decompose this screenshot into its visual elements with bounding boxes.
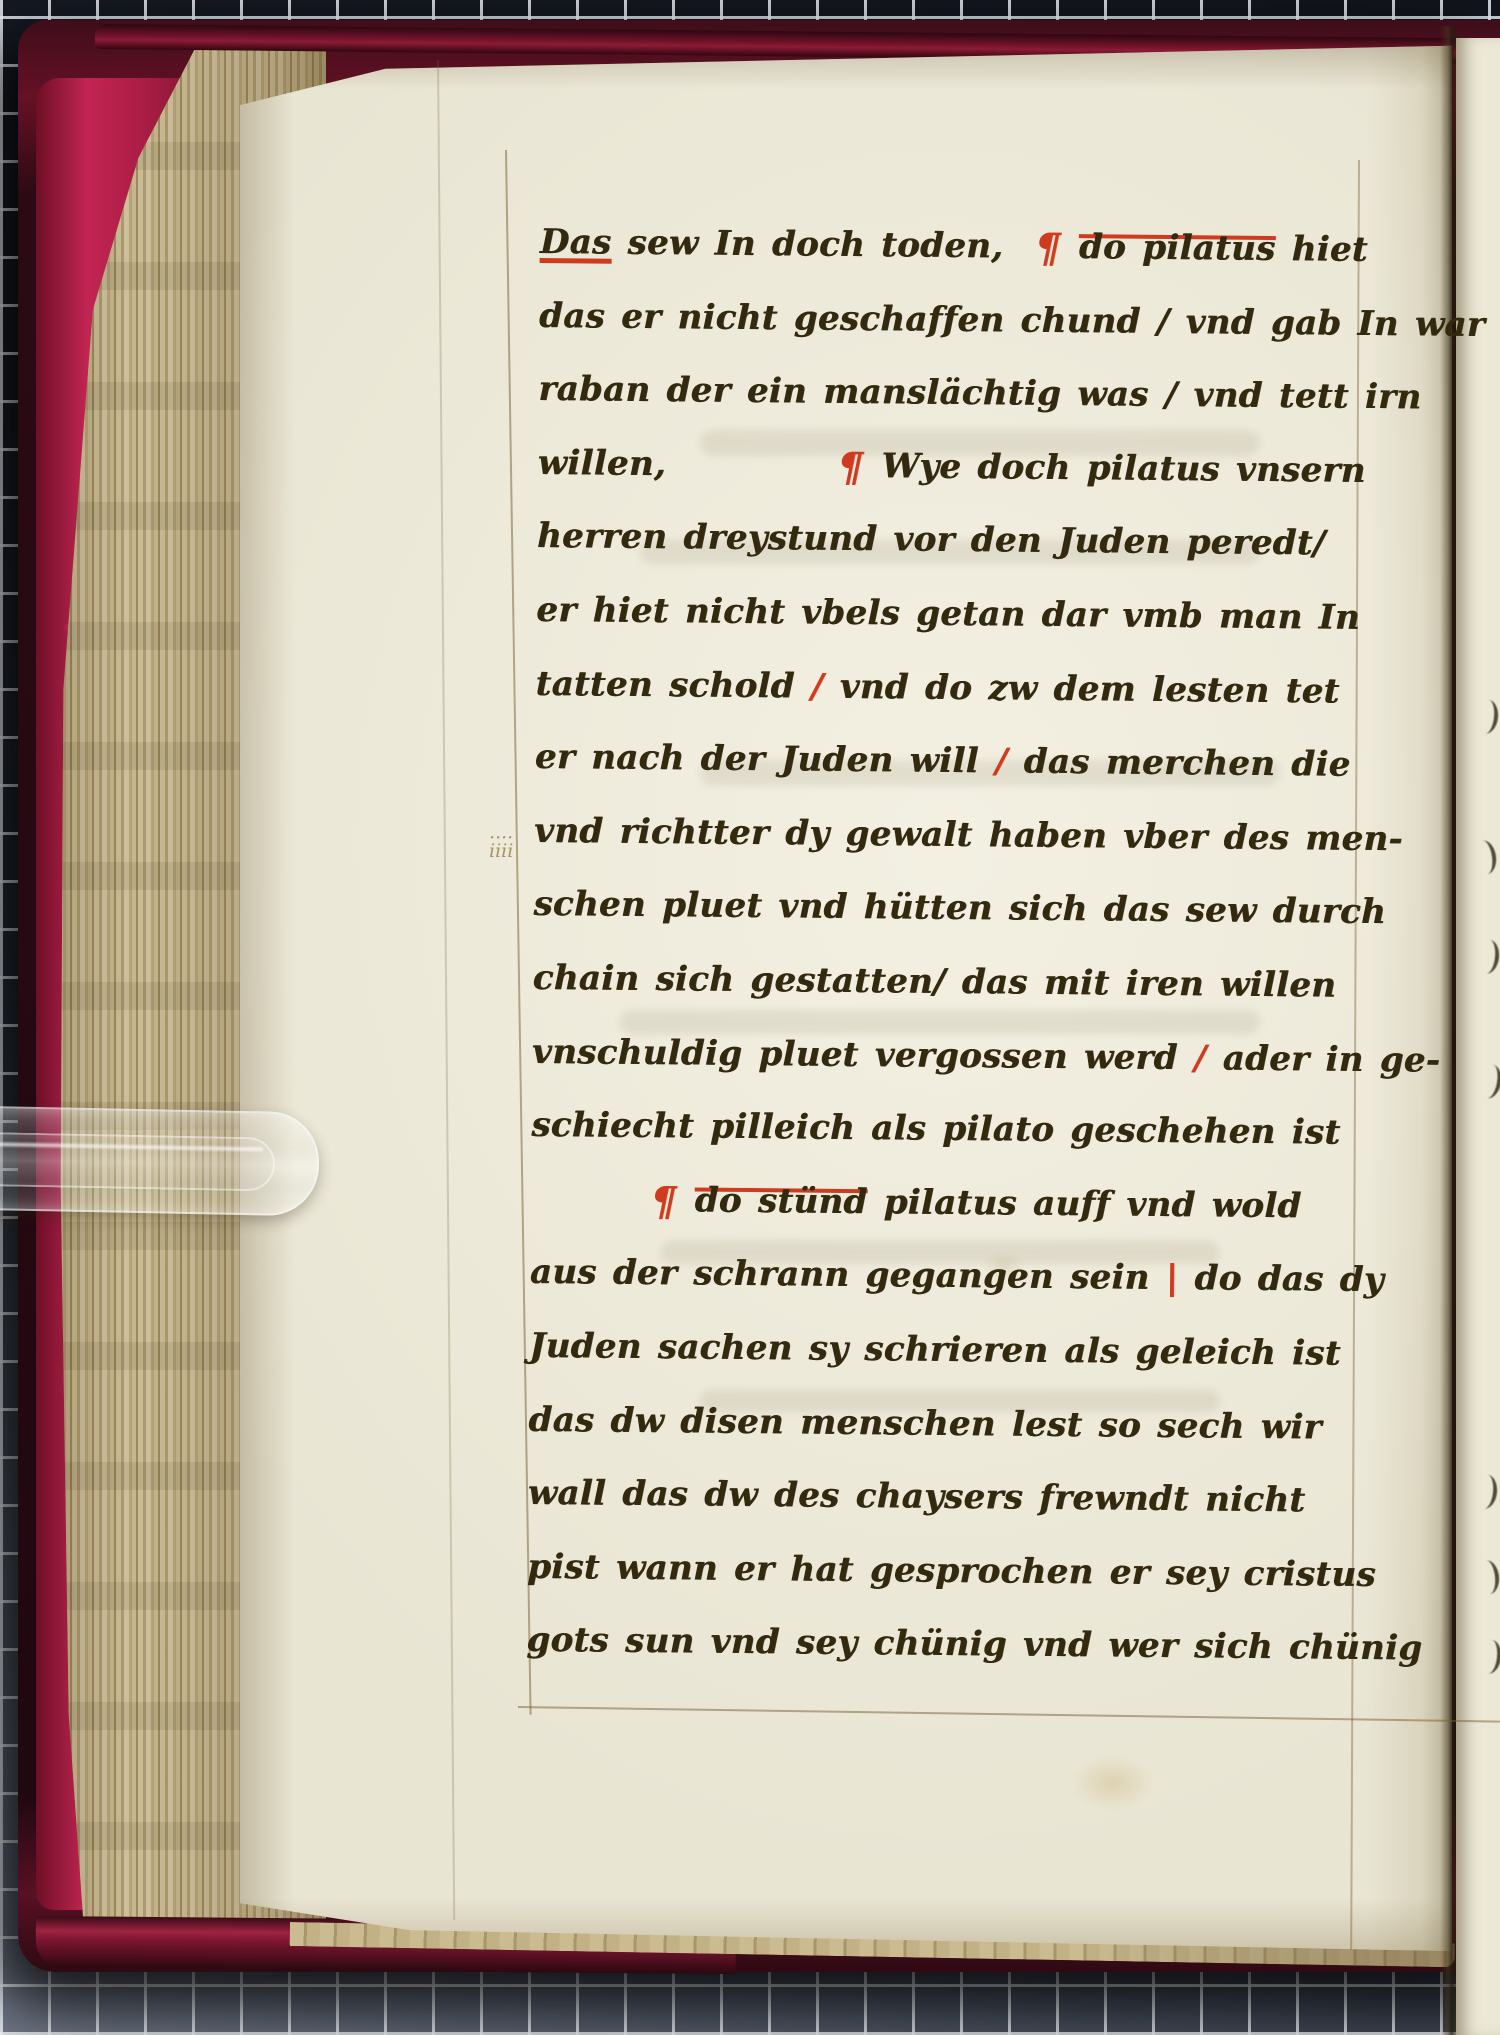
ink-text: vnd do zw dem lesten tet — [823, 666, 1339, 711]
ink-text: ader in ge- — [1206, 1038, 1440, 1080]
pilcrow-rubric: ¶ — [1035, 229, 1079, 270]
ink-text: pist wann er hat gesprochen er sey crist… — [527, 1547, 1376, 1595]
ink-text: Wye doch pilatus vnsern — [881, 446, 1366, 491]
manuscript-line: gots sun vnd sey chünig vnd wer sich chü… — [526, 1620, 1355, 1702]
ink-text: do pilatus — [1079, 227, 1276, 269]
manuscript-line: schiecht pilleich als pilato geschehen i… — [531, 1105, 1360, 1187]
ink-text: Juden sachen sy schrieren als geleich is… — [529, 1326, 1341, 1374]
ink-text: / — [1194, 1038, 1207, 1078]
ink-text: sew In doch toden, — [611, 223, 1003, 267]
manuscript-line: er hiet nicht vbels getan dar vmb man In — [536, 590, 1365, 672]
manuscript-line: vnschuldig pluet vergossen werd / ader i… — [532, 1031, 1361, 1113]
clip-inner-prong — [0, 1132, 275, 1191]
ink-text: / — [811, 666, 824, 706]
ink-text: raban der ein manslächtig was / vnd tett… — [538, 369, 1421, 417]
manuscript-line: aus der schrann gegangen sein | do das d… — [529, 1252, 1358, 1334]
ink-text: / — [995, 742, 1008, 782]
manuscript-line: vnd richtter dy gewalt haben vber des me… — [534, 811, 1363, 893]
margin-mark: ···· iiii — [489, 832, 513, 858]
ink-text: vnschuldig pluet vergossen werd — [532, 1031, 1194, 1077]
ink-text: schen pluet vnd hütten sich das sew durc… — [533, 884, 1386, 932]
manuscript-line: das er nicht geschaffen chund / vnd gab … — [539, 296, 1368, 378]
ink-text: er hiet nicht vbels getan dar vmb man In — [536, 590, 1360, 638]
ink-text: Das — [540, 222, 612, 266]
ink-text: willen, — [537, 443, 666, 484]
ink-text: das dw disen menschen lest so sech wir — [528, 1399, 1322, 1447]
manuscript-text-block: Das sew In doch toden,¶ do pilatus hietd… — [526, 222, 1368, 1702]
manuscript-line: ¶ do stünd pilatus auff vnd wold — [530, 1179, 1359, 1261]
ink-text: tatten schold — [535, 664, 811, 707]
manuscript-line: er nach der Juden will / das merchen die — [534, 737, 1363, 819]
manuscript-photo-scene: Das sew In doch toden,¶ do pilatus hietd… — [0, 0, 1500, 2035]
manuscript-line: wall das dw des chaysers frewndt nicht — [527, 1473, 1356, 1555]
ink-text: | — [1166, 1258, 1179, 1298]
pilcrow-rubric: ¶ — [650, 1182, 694, 1223]
ink-text: chain sich gestatten/ das mit iren wille… — [533, 958, 1337, 1006]
margin-mark-text: iiii — [489, 845, 513, 858]
ink-text: herren dreystund vor den Juden peredt/ — [537, 516, 1326, 564]
ink-text: do stünd — [695, 1180, 868, 1222]
ink-text: hiet — [1275, 229, 1368, 270]
ink-text: wall das dw des chaysers frewndt nicht — [528, 1473, 1306, 1520]
manuscript-line: das dw disen menschen lest so sech wir — [528, 1399, 1357, 1481]
manuscript-line: schen pluet vnd hütten sich das sew durc… — [533, 884, 1362, 966]
manuscript-line: willen,¶ Wye doch pilatus vnsern — [537, 443, 1366, 525]
ink-text: er nach der Juden will — [535, 737, 995, 781]
ink-text: schiecht pilleich als pilato geschehen i… — [531, 1105, 1340, 1153]
manuscript-line: Juden sachen sy schrieren als geleich is… — [529, 1326, 1358, 1408]
manuscript-line: herren dreystund vor den Juden peredt/ — [536, 516, 1365, 598]
ink-text: vnd richtter dy gewalt haben vber des me… — [534, 811, 1403, 859]
transparent-page-weight-clip — [0, 1106, 320, 1216]
manuscript-line: pist wann er hat gesprochen er sey crist… — [527, 1547, 1356, 1629]
pilcrow-rubric: ¶ — [837, 448, 881, 489]
ink-text: das er nicht geschaffen chund / vnd gab … — [539, 296, 1485, 345]
manuscript-line: tatten schold / vnd do zw dem lesten tet — [535, 664, 1364, 746]
ink-text: do das dy — [1178, 1258, 1384, 1300]
ink-text: pilatus auff vnd wold — [867, 1182, 1301, 1226]
manuscript-line: chain sich gestatten/ das mit iren wille… — [532, 958, 1361, 1040]
manuscript-line: Das sew In doch toden,¶ do pilatus hiet — [539, 222, 1368, 304]
ink-text: aus der schrann gegangen sein — [530, 1252, 1166, 1298]
ink-text: gots sun vnd sey chünig vnd wer sich chü… — [526, 1620, 1422, 1669]
manuscript-line: raban der ein manslächtig was / vnd tett… — [538, 369, 1367, 451]
ink-text: das merchen die — [1007, 742, 1350, 785]
